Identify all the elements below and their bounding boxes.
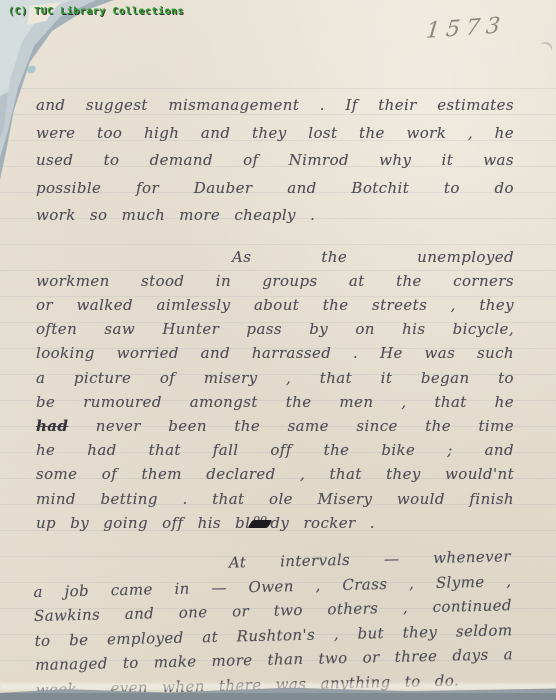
handwritten-text-block: and suggest mismanagement . If their est… bbox=[36, 92, 514, 700]
handwritten-text: some of them declared , that they would'… bbox=[36, 465, 514, 483]
manuscript-line: a picture of misery , that it began to bbox=[36, 366, 514, 390]
watermark-text: (C) TUC Library Collections bbox=[8, 6, 184, 17]
handwritten-text: looking worried and harrassed . He was s… bbox=[36, 344, 514, 362]
paragraph: At intervals — whenevera job came in — O… bbox=[33, 544, 514, 700]
manuscript-line: and suggest mismanagement . If their est… bbox=[36, 92, 514, 120]
manuscript-line: or walked aimlessly about the streets , … bbox=[36, 293, 514, 317]
manuscript-line: workmen stood in groups at the corners bbox=[36, 269, 514, 293]
handwritten-text: and suggest mismanagement . If their est… bbox=[36, 96, 514, 114]
handwritten-text: were too high and they lost the work , h… bbox=[36, 124, 514, 142]
handwritten-text: he had that fall off the bike ; and bbox=[36, 441, 514, 459]
manuscript-line: be rumoured amongst the men , that he bbox=[36, 390, 514, 414]
manuscript-line: used to demand of Nimrod why it was bbox=[36, 147, 514, 175]
handwritten-text: had bbox=[36, 417, 68, 435]
manuscript-line: were too high and they lost the work , h… bbox=[36, 120, 514, 148]
manuscript-line: he had that fall off the bike ; and bbox=[36, 438, 514, 462]
handwritten-text: At intervals — whenever bbox=[229, 547, 511, 571]
manuscript-line: looking worried and harrassed . He was s… bbox=[36, 341, 514, 365]
handwritten-text: never been the same since the time bbox=[68, 417, 514, 435]
manuscript-line: mind betting . that ole Misery would fin… bbox=[36, 487, 514, 511]
manuscript-line: some of them declared , that they would'… bbox=[36, 462, 514, 486]
handwritten-text: workmen stood in groups at the corners bbox=[36, 272, 514, 290]
manuscript-line: As the unemployed bbox=[36, 245, 514, 269]
paragraph: As the unemployedworkmen stood in groups… bbox=[36, 245, 514, 537]
handwritten-text: mind betting . that ole Misery would fin… bbox=[36, 490, 514, 508]
handwritten-text: be rumoured amongst the men , that he bbox=[36, 393, 514, 411]
manuscript-line: had never been the same since the time bbox=[36, 414, 514, 438]
handwritten-text: possible for Dauber and Botchit to do bbox=[36, 179, 514, 197]
handwritten-text: up by going off his bl bbox=[36, 514, 250, 532]
handwritten-text: dy rocker . bbox=[270, 514, 375, 532]
handwritten-text: used to demand of Nimrod why it was bbox=[36, 151, 514, 169]
manuscript-line: possible for Dauber and Botchit to do bbox=[36, 175, 514, 203]
manuscript-line: up by going off his bloody rocker . bbox=[36, 511, 514, 537]
handwritten-text: work so much more cheaply . bbox=[36, 206, 315, 224]
manuscript-line: often saw Hunter pass by on his bicycle, bbox=[36, 317, 514, 341]
scan-background-strip-dark bbox=[0, 693, 556, 700]
handwritten-text: oo bbox=[250, 507, 270, 531]
handwritten-text: As the unemployed bbox=[232, 248, 514, 266]
paragraph: and suggest mismanagement . If their est… bbox=[36, 92, 514, 230]
handwritten-text: often saw Hunter pass by on his bicycle, bbox=[36, 320, 514, 338]
handwritten-text: or walked aimlessly about the streets , … bbox=[36, 296, 514, 314]
handwritten-text: a picture of misery , that it began to bbox=[36, 369, 514, 387]
manuscript-line: work so much more cheaply . bbox=[36, 202, 514, 230]
